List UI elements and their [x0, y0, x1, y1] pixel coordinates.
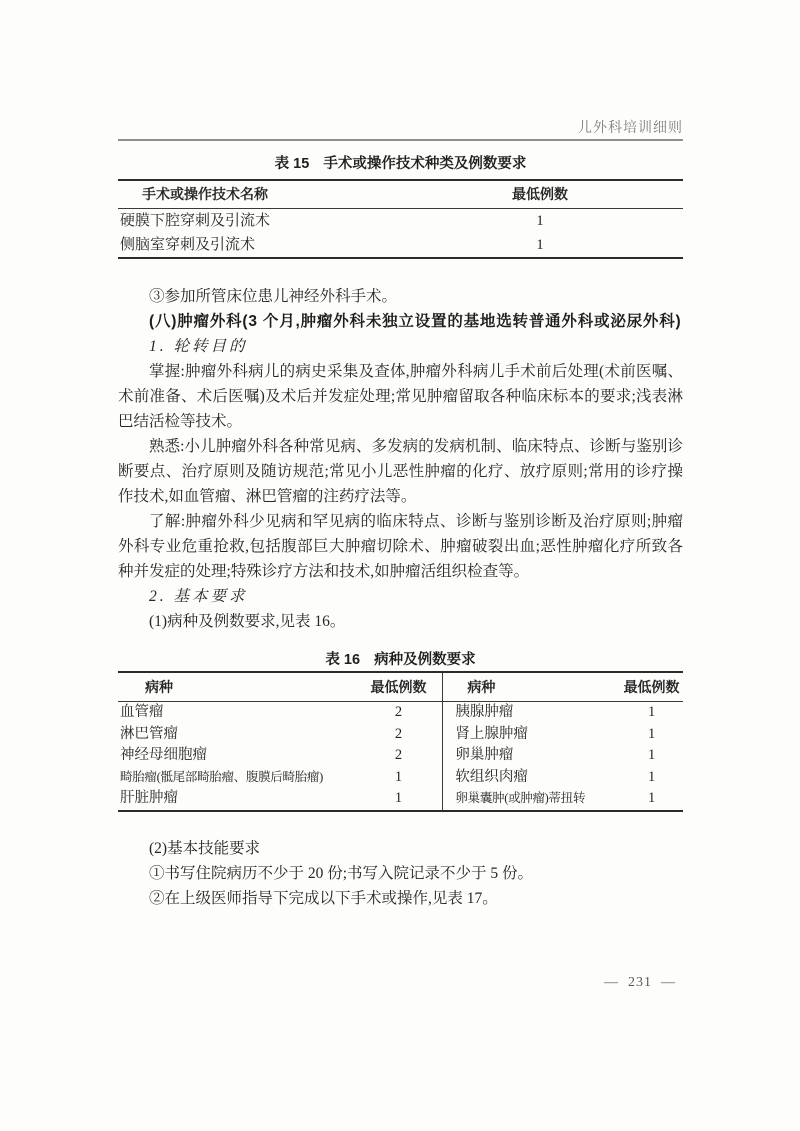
running-header: 儿外科培训细则 — [118, 117, 683, 137]
paragraph-familiar: 熟悉:小儿肿瘤外科各种常见病、多发病的发病机制、临床特点、诊断与鉴别诊断要点、治… — [118, 434, 683, 509]
header-rule — [118, 139, 683, 141]
table16-col-min-left: 最低例数 — [355, 673, 444, 701]
table15-header-row: 手术或操作技术名称 最低例数 — [118, 181, 683, 209]
table16-col-disease-left: 病种 — [118, 673, 355, 701]
paragraph-understand: 了解:肿瘤外科少见病和罕见病的临床特点、诊断与鉴别诊断及治疗原则;肿瘤外科专业危… — [118, 509, 683, 584]
table15-label: 表 15 — [275, 156, 310, 172]
table15-col-min: 最低例数 — [397, 181, 683, 208]
table16: 病种 最低例数 病种 最低例数 血管瘤 2 胰腺肿瘤 1 淋巴管瘤 2 肾上腺肿… — [118, 671, 683, 812]
table16-header-row: 病种 最低例数 病种 最低例数 — [118, 673, 683, 702]
min-cases-cell: 1 — [620, 788, 683, 810]
table-row: 淋巴管瘤 2 肾上腺肿瘤 1 — [118, 724, 683, 746]
min-cases-cell: 1 — [397, 209, 683, 233]
table-row: 侧脑室穿刺及引流术 1 — [118, 233, 683, 257]
table16-caption: 表 16病种及例数要求 — [118, 648, 683, 669]
table-row: 肝脏肿瘤 1 卵巢囊肿(或肿瘤)蒂扭转 1 — [118, 788, 683, 810]
subsection-1-rotation-goal: 1. 轮转目的 — [118, 334, 683, 359]
table15: 手术或操作技术名称 最低例数 硬膜下腔穿刺及引流术 1 侧脑室穿刺及引流术 1 — [118, 179, 683, 259]
min-cases-cell: 2 — [355, 702, 444, 724]
min-cases-cell: 1 — [620, 767, 683, 789]
disease-name-cell: 肾上腺肿瘤 — [443, 724, 620, 746]
min-cases-cell: 1 — [355, 788, 444, 810]
table15-title: 手术或操作技术种类及例数要求 — [323, 156, 526, 172]
disease-name-cell: 胰腺肿瘤 — [443, 702, 620, 724]
paragraph-skill-1: ①书写住院病历不少于 20 份;书写入院记录不少于 5 份。 — [118, 861, 683, 886]
table15-col-name: 手术或操作技术名称 — [118, 181, 397, 208]
min-cases-cell: 1 — [355, 767, 444, 789]
page-number: — 231 — — [118, 975, 676, 991]
paragraph-basic-skills: (2)基本技能要求 — [118, 836, 683, 861]
procedure-name-cell: 硬膜下腔穿刺及引流术 — [118, 209, 397, 233]
min-cases-cell: 2 — [355, 745, 444, 767]
disease-name-cell: 卵巢肿瘤 — [443, 745, 620, 767]
disease-name-cell: 软组织肉瘤 — [443, 767, 620, 789]
disease-name-cell: 畸胎瘤(骶尾部畸胎瘤、腹膜后畸胎瘤) — [118, 767, 355, 789]
min-cases-cell: 2 — [355, 724, 444, 746]
procedure-name-cell: 侧脑室穿刺及引流术 — [118, 233, 397, 257]
disease-name-cell: 血管瘤 — [118, 702, 355, 724]
table-row: 畸胎瘤(骶尾部畸胎瘤、腹膜后畸胎瘤) 1 软组织肉瘤 1 — [118, 767, 683, 789]
body-text-block-2: (2)基本技能要求 ①书写住院病历不少于 20 份;书写入院记录不少于 5 份。… — [118, 836, 683, 911]
disease-name-cell: 卵巢囊肿(或肿瘤)蒂扭转 — [443, 788, 620, 810]
paragraph-master: 掌握:肿瘤外科病儿的病史采集及查体,肿瘤外科病儿手术前后处理(术前医嘱、术前准备… — [118, 359, 683, 434]
table16-col-min-right: 最低例数 — [620, 673, 683, 701]
disease-name-cell: 神经母细胞瘤 — [118, 745, 355, 767]
table16-title: 病种及例数要求 — [374, 652, 476, 668]
min-cases-cell: 1 — [620, 745, 683, 767]
table16-label: 表 16 — [325, 652, 360, 668]
table-row: 硬膜下腔穿刺及引流术 1 — [118, 209, 683, 233]
table-row: 血管瘤 2 胰腺肿瘤 1 — [118, 702, 683, 724]
section-heading-8: (八)肿瘤外科(3 个月,肿瘤外科未独立设置的基地选转普通外科或泌尿外科) — [118, 309, 683, 334]
disease-name-cell: 淋巴管瘤 — [118, 724, 355, 746]
disease-name-cell: 肝脏肿瘤 — [118, 788, 355, 810]
min-cases-cell: 1 — [620, 702, 683, 724]
paragraph-skill-2: ②在上级医师指导下完成以下手术或操作,见表 17。 — [118, 886, 683, 911]
min-cases-cell: 1 — [620, 724, 683, 746]
table-row: 神经母细胞瘤 2 卵巢肿瘤 1 — [118, 745, 683, 767]
subsection-2-basic-requirements: 2. 基本要求 — [118, 584, 683, 609]
table15-caption: 表 15手术或操作技术种类及例数要求 — [118, 152, 683, 173]
table16-col-disease-right: 病种 — [443, 673, 620, 701]
document-page: { "header": { "title": "儿外科培训细则" }, "tab… — [0, 0, 800, 1131]
min-cases-cell: 1 — [397, 233, 683, 257]
paragraph-disease-requirement: (1)病种及例数要求,见表 16。 — [118, 609, 683, 634]
body-text-block-1: ③参加所管床位患儿神经外科手术。 (八)肿瘤外科(3 个月,肿瘤外科未独立设置的… — [118, 284, 683, 634]
paragraph-item3: ③参加所管床位患儿神经外科手术。 — [118, 284, 683, 309]
